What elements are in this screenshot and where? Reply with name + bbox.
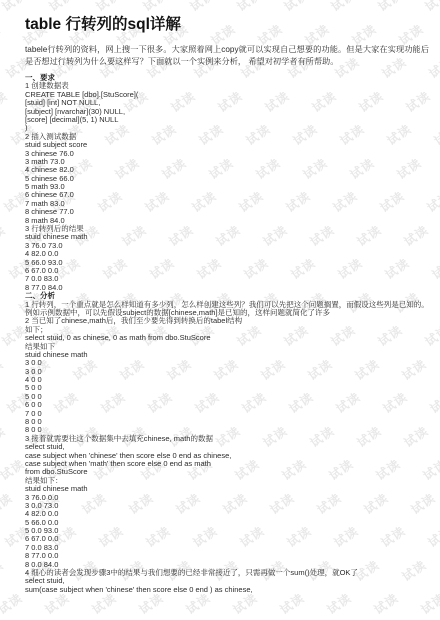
content-line: 6 0 0 [25,401,429,409]
section-heading: 一、要求 [25,74,429,82]
content-line: 4 82.0 0.0 [25,250,429,258]
content-line: from dbo.StuScore [25,468,429,476]
content-line: 3 chinese 76.0 [25,150,429,158]
content-line: 6 67.0 0.0 [25,267,429,275]
content-line: 8 77.0 84.0 [25,284,429,292]
content-line: stuid chinese math [25,351,429,359]
content-line: 7 0 0 [25,410,429,418]
content-line: 4 chinese 82.0 [25,166,429,174]
content-line: 3 接着就需要往这个数据集中去填充chinese, math的数据 [25,435,429,443]
content-line: 3 0.0 73.0 [25,502,429,510]
watermark-text: 试读 [374,0,405,15]
watermark-text: 试读 [0,589,26,618]
document-page: 试读试读试读试读试读试读试读试读试读试读试读试读试读试读试读试读试读试读试读试读… [0,0,440,620]
content-line: 4 0 0 [25,376,429,384]
page-title: table 行转列的sql详解 [25,12,181,34]
content-line: 5 0 0 [25,393,429,401]
watermark-text: 试读 [327,0,358,15]
content-line: 8 math 84.0 [25,217,429,225]
content-line: stuid chinese math [25,233,429,241]
content-line: 3 math 73.0 [25,158,429,166]
watermark-text: 试读 [0,556,7,585]
watermark-text: 试读 [421,0,440,15]
content-line: 8 chinese 77.0 [25,208,429,216]
intro-paragraph: tabele行转列的资料，网上搜一下很多。大家照着网上copy就可以实现自己想要… [25,44,429,67]
content-line: 8 0 0 [25,418,429,426]
watermark-text: 试读 [0,355,7,384]
content-line: 3 0 0 [25,359,429,367]
content-line: 6 chinese 67.0 [25,191,429,199]
watermark-text: 试读 [0,422,9,451]
content-line: [score] [decimal](5, 1) NULL [25,116,429,124]
content-line: 5 66.0 93.0 [25,259,429,267]
content-line: 3 76.0 0.0 [25,494,429,502]
content-line: 3 0 0 [25,368,429,376]
watermark-text: 试读 [233,0,264,15]
content-line: select stuid, 0 as chinese, 0 as math fr… [25,334,429,342]
content-line: 5 chinese 66.0 [25,175,429,183]
watermark-text: 试读 [430,120,440,149]
watermark-text: 试读 [428,254,440,283]
content-line: 7 0.0 83.0 [25,275,429,283]
content-line: stuid subject score [25,141,429,149]
watermark-text: 试读 [0,87,11,116]
content-line: 4 82.0 0.0 [25,510,429,518]
content-line: 5 0.0 93.0 [25,527,429,535]
content-line: 4 细心的读者会发现步骤3中的结果与我们想要的已经非常接近了，只需再做一个sum… [25,569,429,577]
content-line: ) [25,124,429,132]
watermark-text: 试读 [0,489,16,518]
content-line: 3 76.0 73.0 [25,242,429,250]
watermark-text: 试读 [0,154,2,183]
watermark-text: 试读 [0,20,4,49]
document-content: 一、要求1 创建数据表CREATE TABLE [dbo].[StuScore]… [25,74,429,594]
content-line: stuid chinese math [25,485,429,493]
content-line: 7 0.0 83.0 [25,544,429,552]
content-line: 5 66.0 0.0 [25,519,429,527]
content-line: 8 77.0 0.0 [25,552,429,560]
watermark-text: 试读 [0,455,28,484]
content-line: 6 67.0 0.0 [25,535,429,543]
content-line: 5 0 0 [25,384,429,392]
content-line: sum(case subject when 'chinese' then sco… [25,586,429,594]
watermark-text: 试读 [186,0,217,15]
watermark-text: 试读 [0,221,9,250]
content-line: 2 当已知了chinese,math后，我们至少要先得到转换后的tabel结构 [25,317,429,325]
content-line: 5 math 93.0 [25,183,429,191]
watermark-text: 试读 [280,0,311,15]
content-line: 7 math 83.0 [25,200,429,208]
